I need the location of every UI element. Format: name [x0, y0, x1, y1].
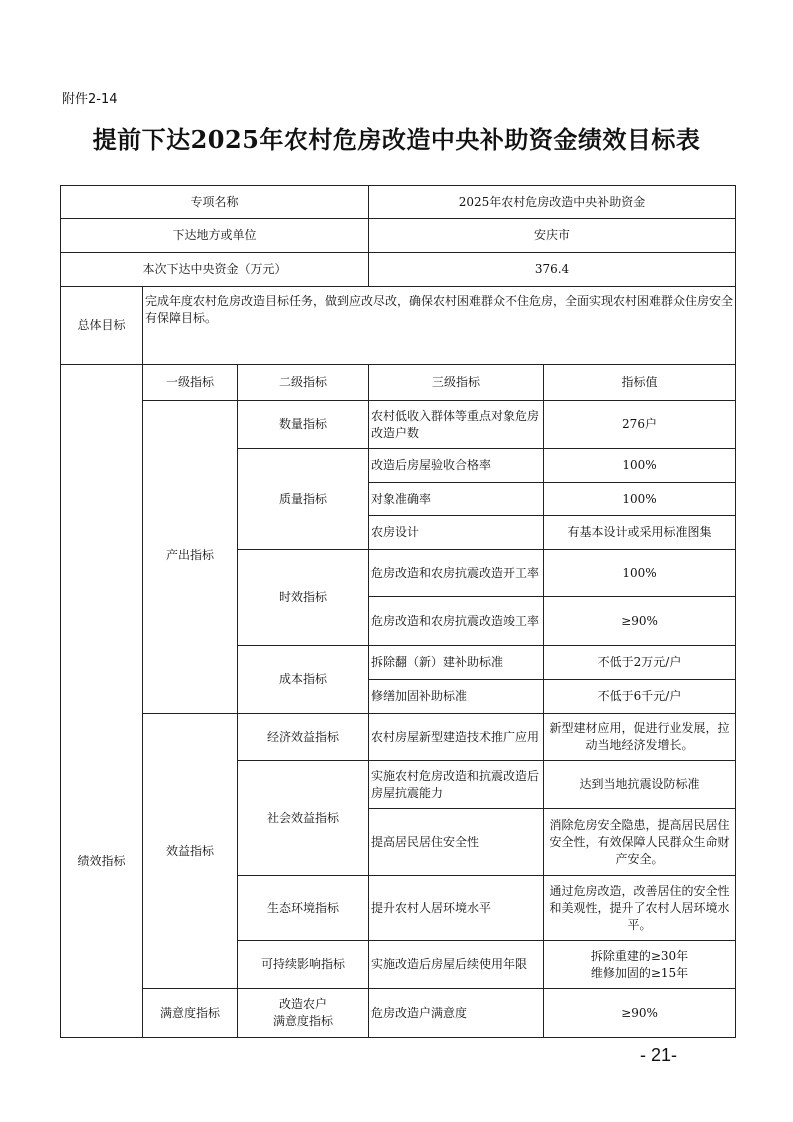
- value-cell: 安庆市: [369, 219, 736, 253]
- table-row: 下达地方或单位 安庆市: [61, 219, 736, 253]
- indicator-cell: 实施改造后房屋后续使用年限: [369, 941, 544, 989]
- indicator-cell: 危房改造和农房抗震改造开工率: [369, 550, 544, 597]
- value-cell: ≥90%: [544, 989, 736, 1038]
- document-title: 提前下达2025年农村危房改造中央补助资金绩效目标表: [0, 120, 793, 155]
- column-header: 指标值: [544, 365, 736, 401]
- performance-goal-table: 专项名称 2025年农村危房改造中央补助资金 下达地方或单位 安庆市 本次下达中…: [60, 185, 736, 1038]
- label-cell: 本次下达中央资金（万元）: [61, 253, 369, 287]
- level1-output: 产出指标: [143, 401, 238, 714]
- performance-label: 绩效指标: [61, 365, 143, 1038]
- indicator-cell: 提升农村人居环境水平: [369, 876, 544, 941]
- indicator-cell: 提高居民居住安全性: [369, 809, 544, 876]
- indicator-cell: 修缮加固补助标准: [369, 680, 544, 714]
- table-row: 绩效指标 一级指标 二级指标 三级指标 指标值: [61, 365, 736, 401]
- value-cell: 有基本设计或采用标准图集: [544, 516, 736, 550]
- indicator-cell: 农村低收入群体等重点对象危房改造户数: [369, 401, 544, 449]
- value-cell: 100%: [544, 449, 736, 483]
- level2-cell: 成本指标: [238, 646, 369, 714]
- table-row: 专项名称 2025年农村危房改造中央补助资金: [61, 186, 736, 219]
- level2-cell: 质量指标: [238, 449, 369, 550]
- level1-name: 效益指标: [145, 843, 235, 860]
- value-cell: 2025年农村危房改造中央补助资金: [369, 186, 736, 219]
- value-cell: 100%: [544, 483, 736, 516]
- value-cell: 100%: [544, 550, 736, 597]
- overall-goal-text: 完成年度农村危房改造目标任务，做到应改尽改，确保农村困难群众不住危房，全面实现农…: [143, 287, 736, 365]
- indicator-cell: 实施农村危房改造和抗震改造后房屋抗震能力: [369, 761, 544, 809]
- value-cell: 拆除重建的≥30年 维修加固的≥15年: [544, 941, 736, 989]
- table-row: 产出指标 数量指标 农村低收入群体等重点对象危房改造户数 276户: [61, 401, 736, 449]
- level2-cell: 改造农户 满意度指标: [238, 989, 369, 1038]
- level2-cell: 社会效益指标: [238, 761, 369, 876]
- label-cell: 专项名称: [61, 186, 369, 219]
- table-row: 总体目标 完成年度农村危房改造目标任务，做到应改尽改，确保农村困难群众不住危房，…: [61, 287, 736, 365]
- indicator-cell: 拆除翻（新）建补助标准: [369, 646, 544, 680]
- value-cell: ≥90%: [544, 597, 736, 646]
- value-cell: 276户: [544, 401, 736, 449]
- level2-cell: 可持续影响指标: [238, 941, 369, 989]
- level2-line: 满意度指标: [240, 1013, 366, 1030]
- indicator-cell: 危房改造户满意度: [369, 989, 544, 1038]
- value-cell: 达到当地抗震设防标准: [544, 761, 736, 809]
- table-row: 本次下达中央资金（万元） 376.4: [61, 253, 736, 287]
- column-header: 一级指标: [143, 365, 238, 401]
- label-cell: 下达地方或单位: [61, 219, 369, 253]
- column-header: 二级指标: [238, 365, 369, 401]
- indicator-cell: 农村房屋新型建造技术推广应用: [369, 714, 544, 761]
- level2-cell: 数量指标: [238, 401, 369, 449]
- level1-satisfaction: 满意度指标: [143, 989, 238, 1038]
- overall-goal-label: 总体目标: [61, 287, 143, 365]
- value-cell: 消除危房安全隐患，提高居民居住安全性，有效保障人民群众生命财产安全。: [544, 809, 736, 876]
- page-number: - 21-: [640, 1045, 677, 1066]
- value-cell: 通过危房改造，改善居住的安全性和美观性，提升了农村人居环境水平。: [544, 876, 736, 941]
- indicator-cell: 对象准确率: [369, 483, 544, 516]
- column-header: 三级指标: [369, 365, 544, 401]
- value-cell: 376.4: [369, 253, 736, 287]
- level2-cell: 经济效益指标: [238, 714, 369, 761]
- value-cell: 新型建材应用，促进行业发展，拉动当地经济发增长。: [544, 714, 736, 761]
- indicator-cell: 危房改造和农房抗震改造竣工率: [369, 597, 544, 646]
- value-cell: 不低于6千元/户: [544, 680, 736, 714]
- attachment-label: 附件2-14: [62, 88, 118, 107]
- level1-name: 产出指标: [145, 547, 235, 564]
- value-line: 拆除重建的≥30年: [546, 948, 733, 965]
- performance-label-text: 绩效指标: [63, 853, 140, 870]
- level2-line: 改造农户: [240, 996, 366, 1013]
- level1-benefit: 效益指标: [143, 714, 238, 989]
- level2-cell: 时效指标: [238, 550, 369, 646]
- value-cell: 不低于2万元/户: [544, 646, 736, 680]
- table-row: 效益指标 经济效益指标 农村房屋新型建造技术推广应用 新型建材应用，促进行业发展…: [61, 714, 736, 761]
- indicator-cell: 改造后房屋验收合格率: [369, 449, 544, 483]
- value-line: 维修加固的≥15年: [546, 965, 733, 982]
- level2-cell: 生态环境指标: [238, 876, 369, 941]
- indicator-cell: 农房设计: [369, 516, 544, 550]
- table-row: 满意度指标 改造农户 满意度指标 危房改造户满意度 ≥90%: [61, 989, 736, 1038]
